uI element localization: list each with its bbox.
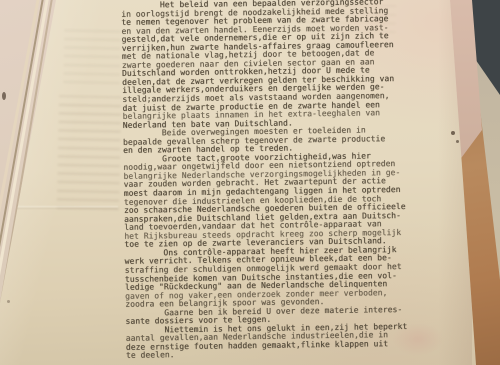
paper-speck [2,92,6,100]
bleed-through-smudge [57,95,121,214]
paper-speck [7,300,10,303]
typewritten-text: Het beleid van een bepaalden verzorgings… [121,0,486,361]
document-photo: Het beleid van een bepaalden verzorgings… [0,0,500,365]
paper-speck [451,131,455,135]
paper-speck [456,140,459,143]
document-page: Het beleid van een bepaalden verzorgings… [0,0,500,365]
bleed-through-smudge [63,25,120,88]
